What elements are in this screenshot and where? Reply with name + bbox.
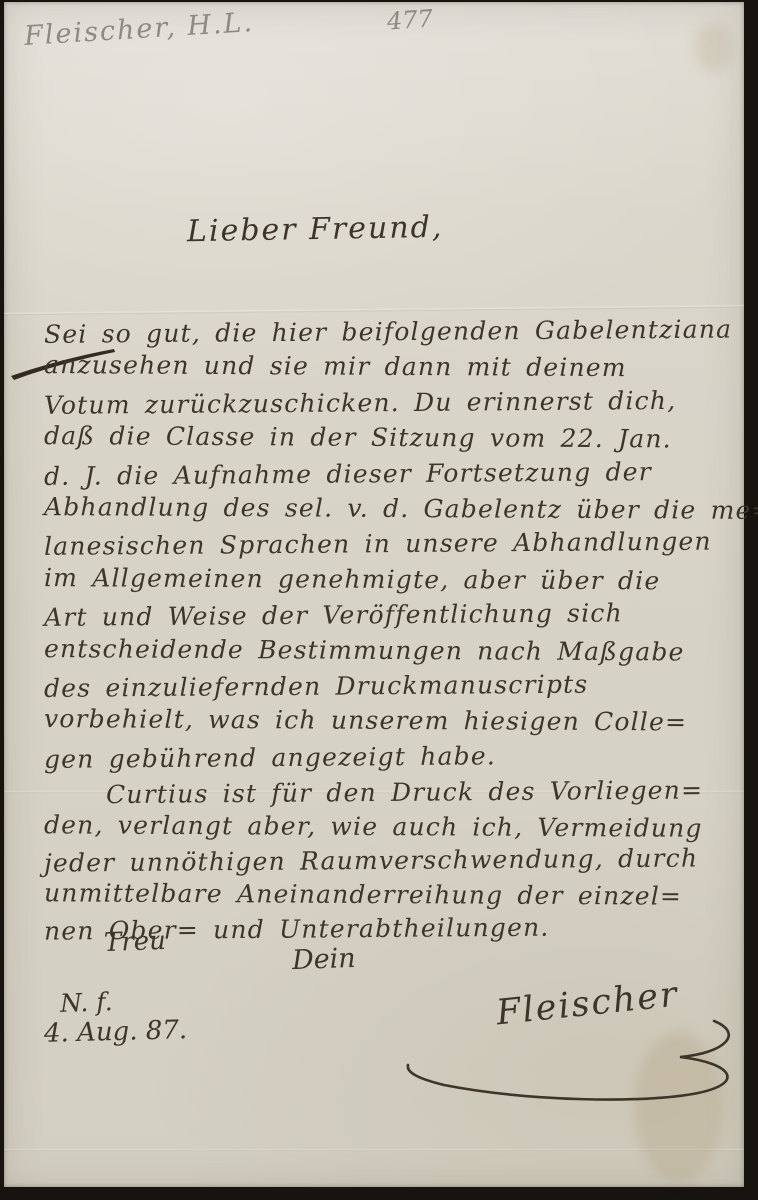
letter-paper: Fleischer, H.L. 477 Lieber Freund, Sei s… [4,2,744,1187]
body-line: gen gebührend angezeigt habe. [44,736,758,777]
body-line: Art und Weise der Veröffentlichung sich [44,594,758,635]
body-paragraph-1: Sei so gut, die hier beifolgenden Gabele… [44,314,758,774]
pencil-name-inscription: Fleischer, H.L. [23,7,255,52]
salutation: Lieber Freund, [187,210,444,249]
body-line: Votum zurückzuschicken. Du erinnerst dic… [44,382,758,423]
paper-stain [694,22,734,72]
body-line: daß die Classe in der Sitzung vom 22. Ja… [44,418,758,457]
body-line: entscheidende Bestimmungen nach Maßgabe [44,631,758,670]
signature-flourish [396,987,751,1112]
date-line: 4. Aug. 87. [44,1015,188,1049]
scan-background: Fleischer, H.L. 477 Lieber Freund, Sei s… [0,0,758,1200]
body-line: Curtius ist für den Druck des Vorliegen= [44,773,703,812]
place-abbreviation: N. f. [60,987,113,1018]
body-line: Abhandlung des sel. v. d. Gabelentz über… [44,489,758,528]
body-line: des einzuliefernden Druckmanuscripts [44,665,758,706]
body-line: den, verlangt aber, wie auch ich, Vermei… [44,808,703,845]
body-line: d. J. die Aufnahme dieser Fortsetzung de… [44,453,758,494]
body-line: vorbehielt, was ich unserem hiesigen Col… [44,702,758,741]
valediction: Dein [291,943,356,976]
body-line: unmittelbare Aneinanderreihung der einze… [44,876,703,913]
body-line: Sei so gut, die hier beifolgenden Gabele… [44,311,758,352]
pencil-folio-number: 477 [386,4,434,35]
closing-word: Treu [103,926,166,958]
fold-crease [4,1148,744,1152]
body-line: lanesischen Sprachen in unsere Abhandlun… [44,524,758,565]
body-line: anzusehen und sie mir dann mit deinem [44,347,758,386]
body-paragraph-2: Curtius ist für den Druck des Vorliegen=… [44,776,703,946]
body-line: im Allgemeinen genehmigte, aber über die [44,560,758,599]
body-line: jeder unnöthigen Raumverschwendung, durc… [44,841,703,880]
